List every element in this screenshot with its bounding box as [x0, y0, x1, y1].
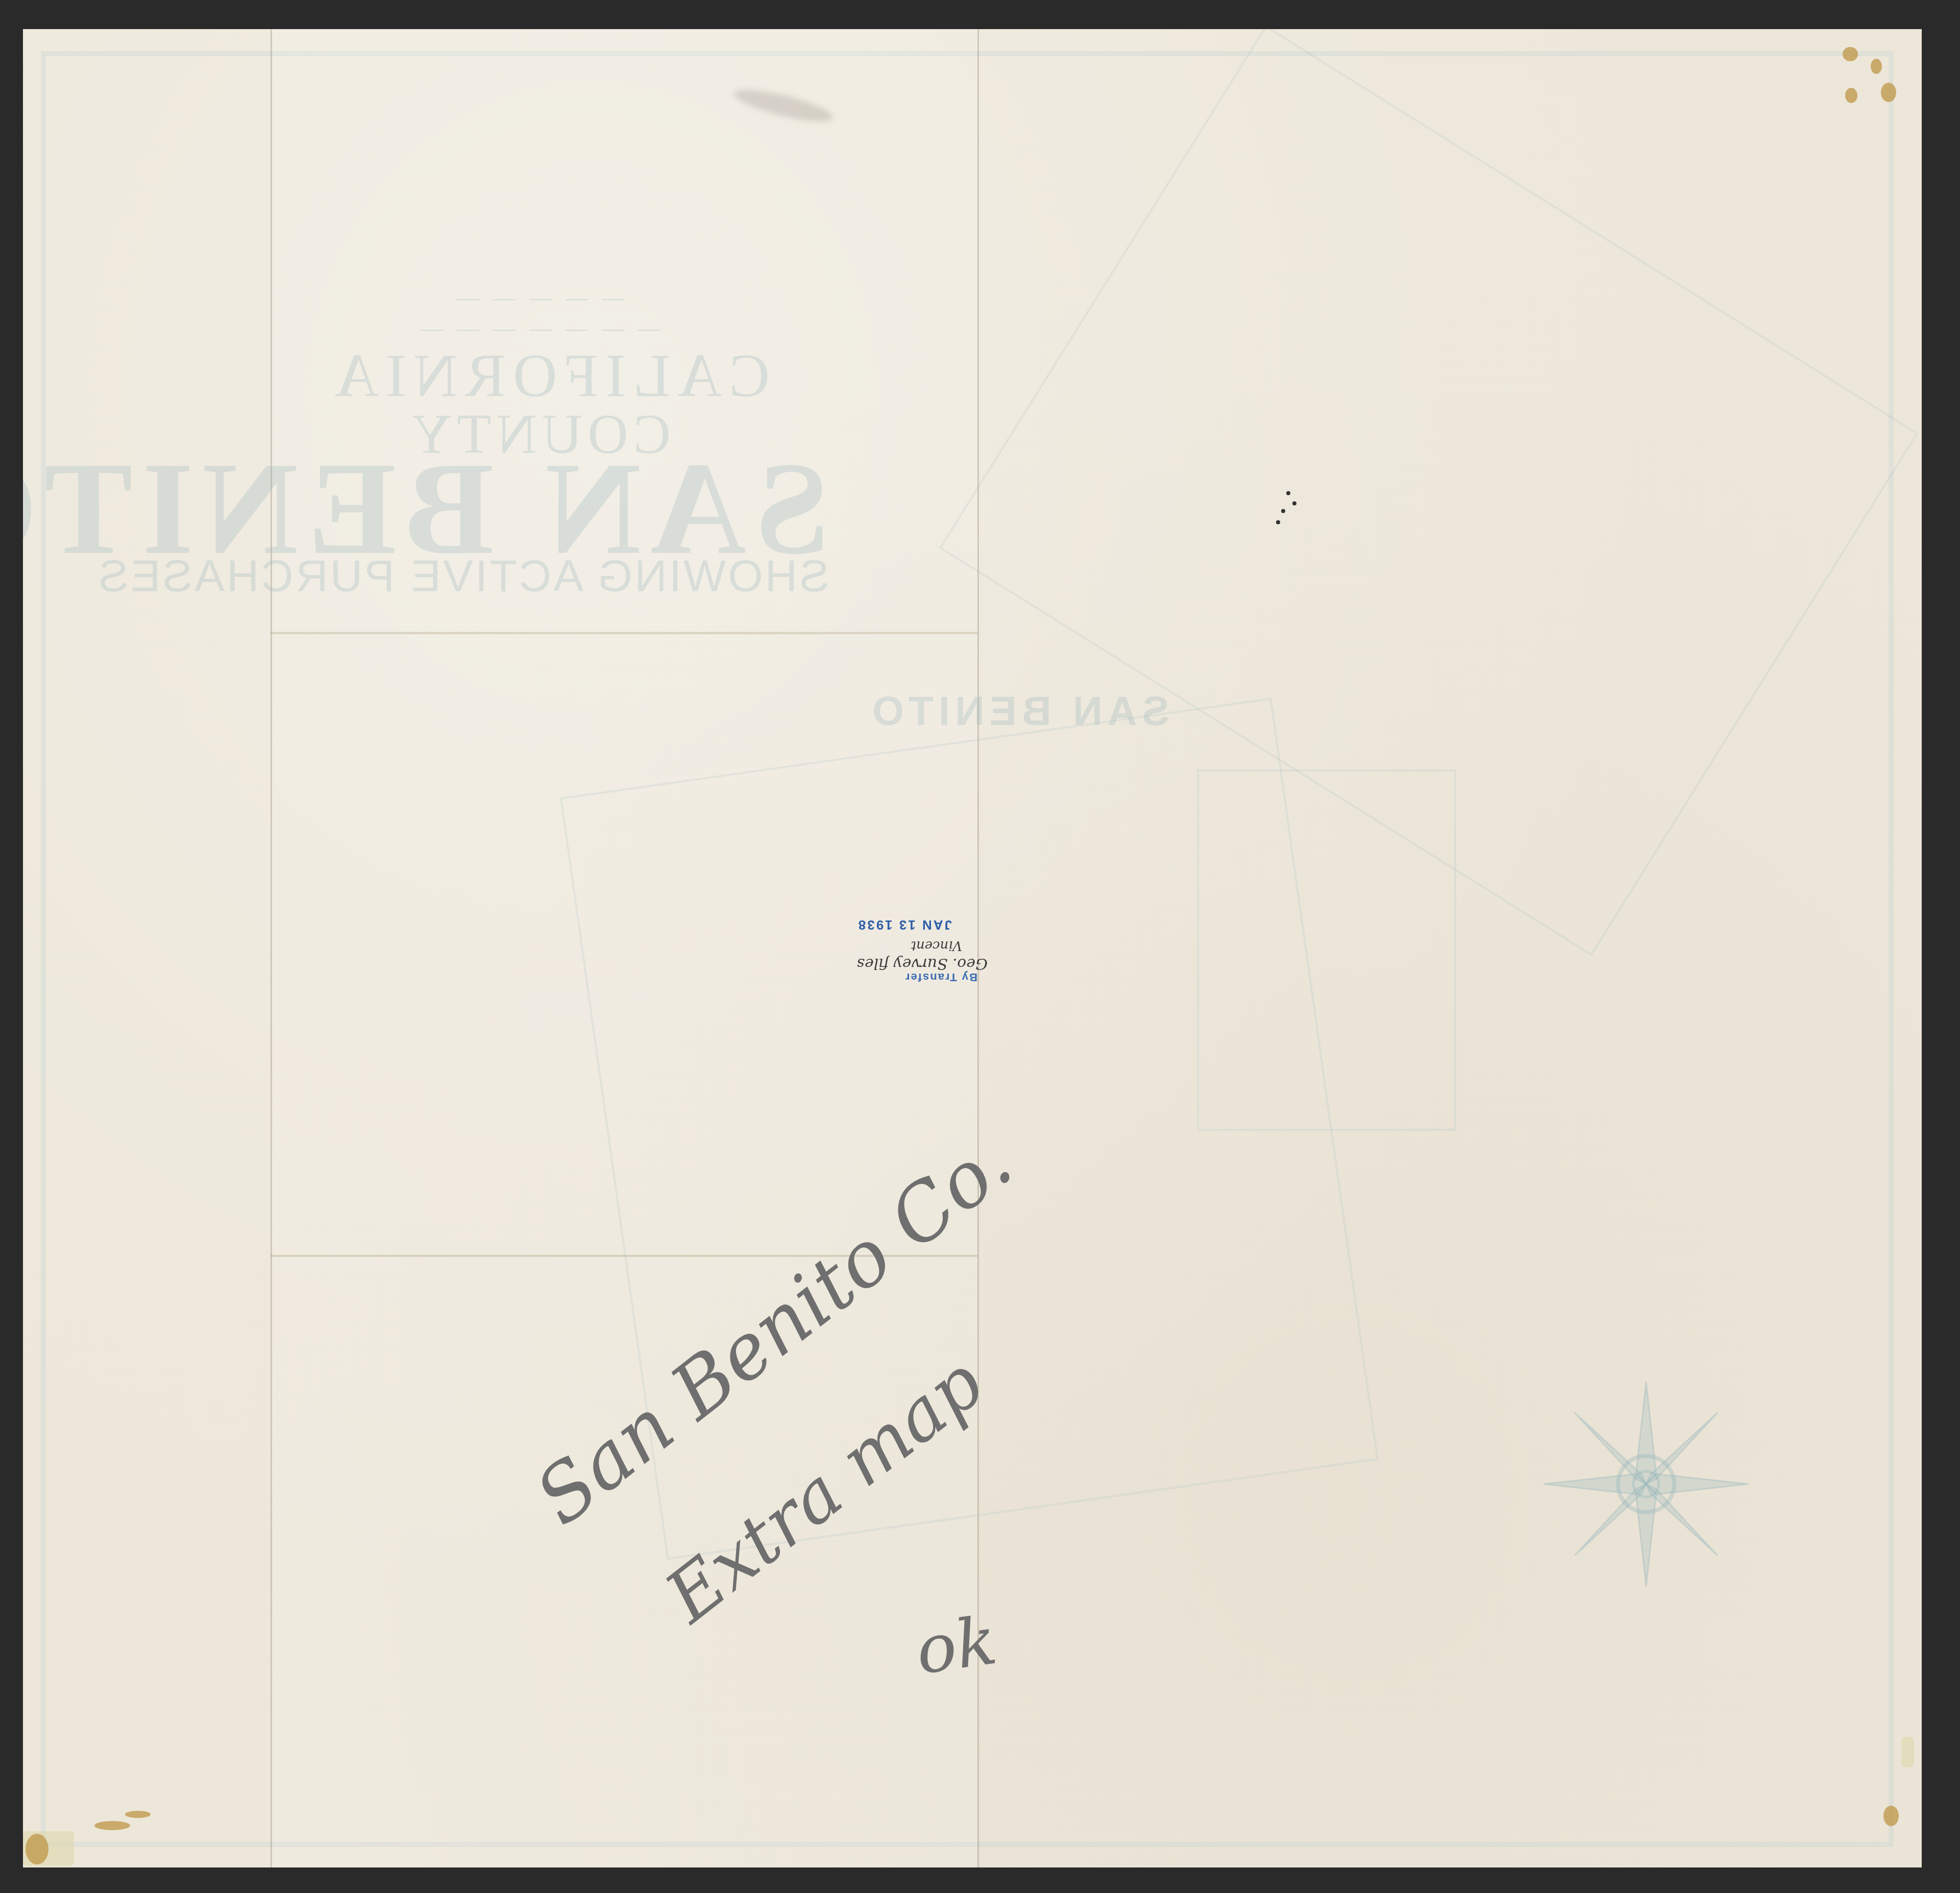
- bleed-small-line-1: — — — — —: [309, 284, 768, 310]
- receipt-stamp: By Transfer Geo. Survey files Vincent JA…: [855, 907, 988, 984]
- pencil-note-line-3: ok: [911, 1601, 1001, 1689]
- bleed-small-line-2: — — — — — — —: [309, 315, 768, 341]
- tape-remnant-bottom-right: [1901, 1737, 1914, 1767]
- ink-speck: [1281, 509, 1285, 513]
- map-sheet-verso: — — — — — — — — — — — — CALIFORNIA COUNT…: [23, 29, 1922, 1867]
- stain-bottom-left: [94, 1821, 130, 1830]
- fold-line-vertical-left: [271, 29, 272, 1867]
- ink-speck: [1286, 491, 1290, 495]
- bleed-subtitle: SHOWING ACTIVE PURCHASES: [268, 550, 829, 602]
- stain-top-right: [1871, 59, 1882, 74]
- stain-top-right: [1881, 83, 1896, 102]
- stain-bottom-left: [26, 1834, 48, 1864]
- stamp-handwriting-2: Vincent: [911, 938, 962, 953]
- stain-top-right: [1845, 88, 1857, 103]
- fold-line-horizontal-upper: [271, 632, 977, 635]
- stain-bottom-right: [1883, 1806, 1899, 1826]
- stain-bottom-left: [125, 1811, 151, 1818]
- stamp-handwriting-1: Geo. Survey files: [857, 955, 988, 973]
- ink-speck: [1276, 520, 1280, 524]
- compass-rose-icon: [1539, 1377, 1753, 1591]
- stain-top-right: [1843, 47, 1858, 61]
- bleed-state-title: CALIFORNIA: [268, 341, 829, 411]
- stamp-date: JAN 13 1938: [857, 917, 952, 933]
- ink-speck: [1292, 501, 1296, 505]
- grid-ghost: [1197, 769, 1456, 1131]
- bleed-map-label: SAN BENITO: [865, 688, 1171, 735]
